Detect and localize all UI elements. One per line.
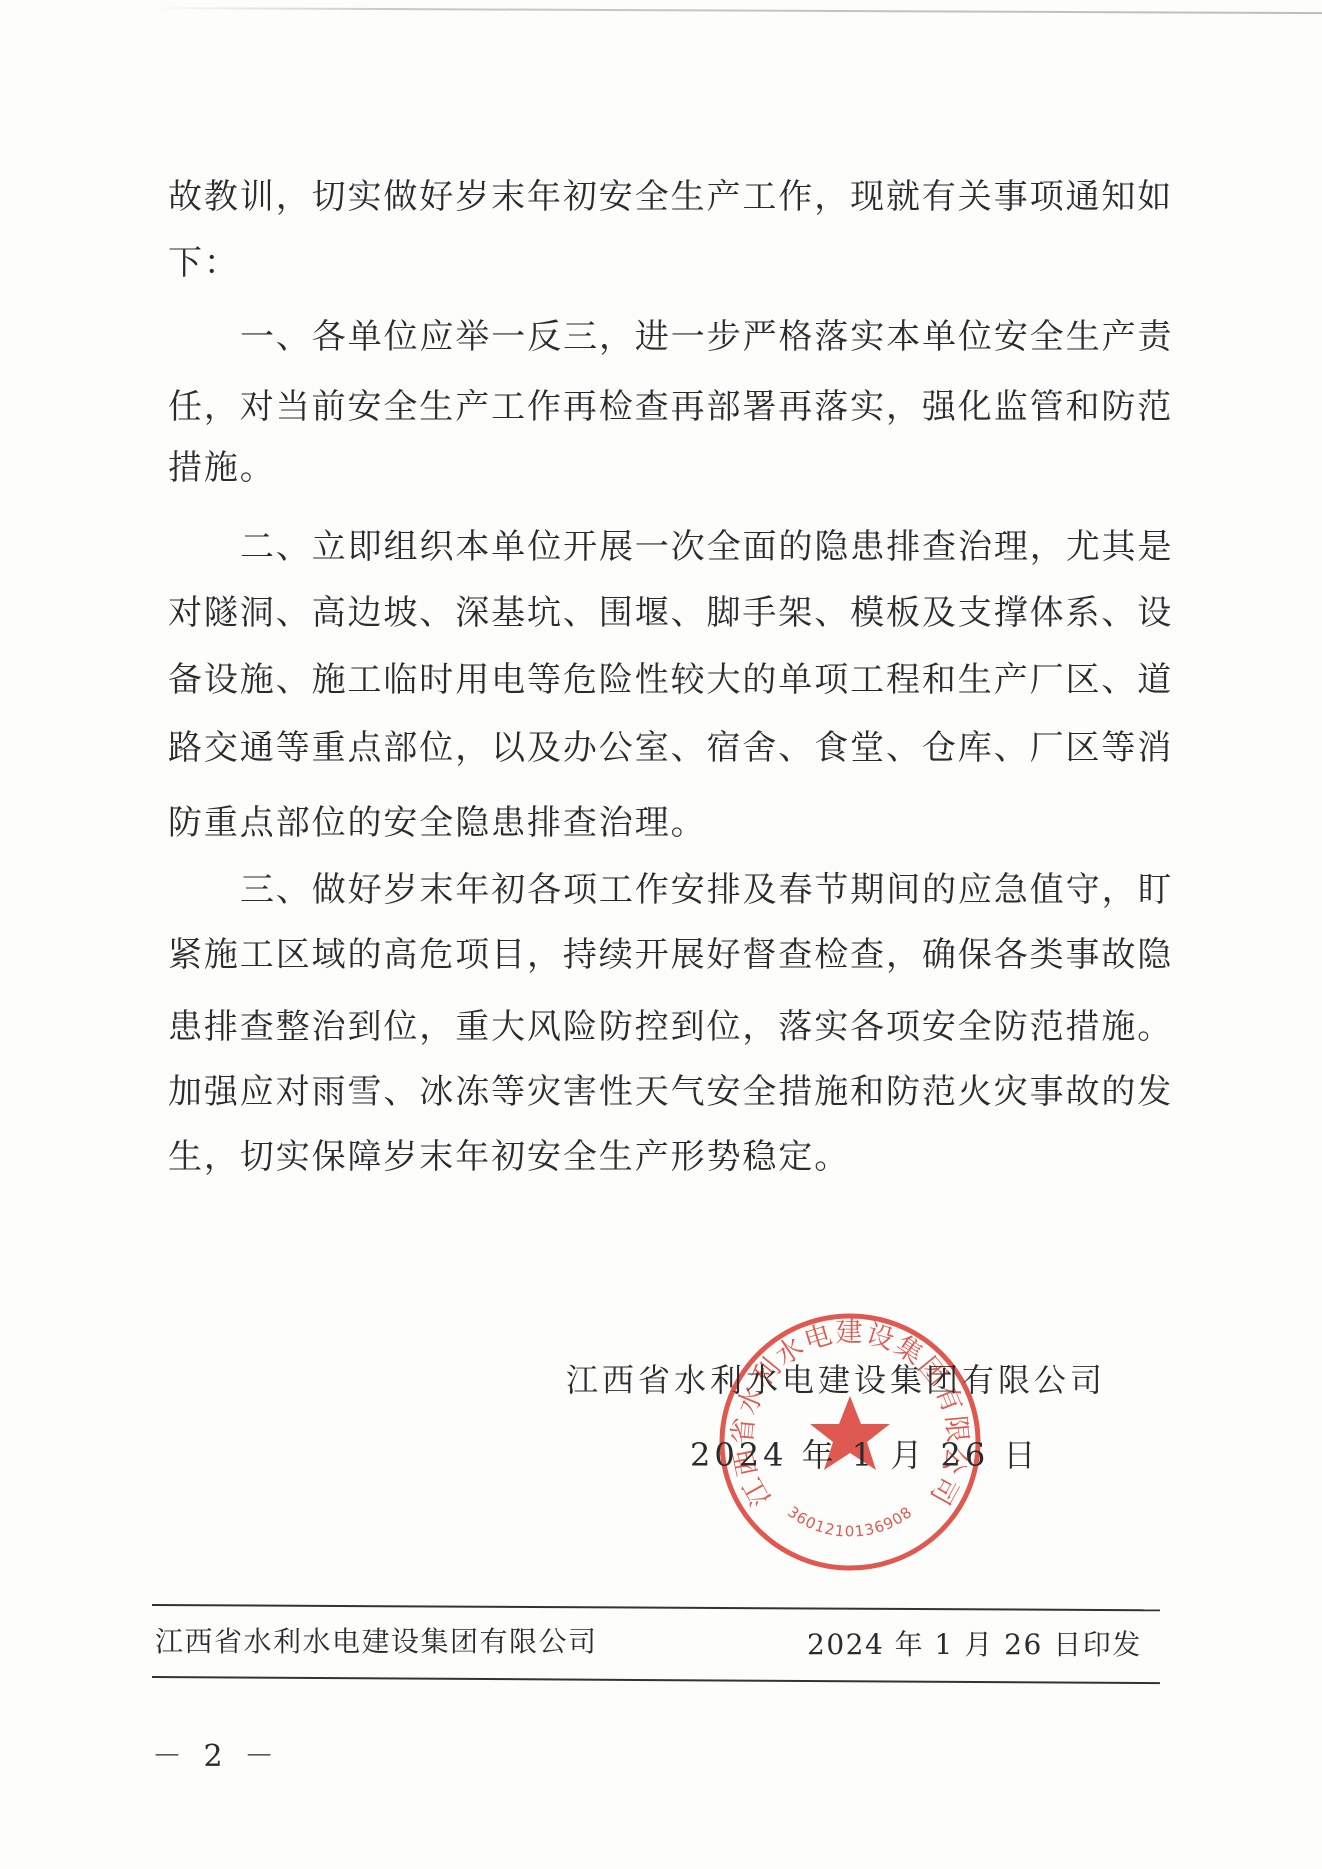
- body-line: 生，切实保障岁末年初安全生产形势稳定。: [168, 1137, 850, 1177]
- section-two-heading-line: 二、立即组织本单位开展一次全面的隐患排查治理，尤其是: [240, 527, 1173, 567]
- body-line: 下：: [168, 243, 240, 283]
- body-line: 路交通等重点部位，以及办公室、宿舍、食堂、仓库、厂区等消: [168, 728, 1173, 768]
- body-line: 患排查整治到位，重大风险防控到位，落实各项安全防范措施。: [168, 1007, 1173, 1047]
- footer-issue-date: 2024 年 1 月 26 日印发: [807, 1628, 1142, 1662]
- body-line: 紧施工区域的高危项目，持续开展好督查检查，确保各类事故隐: [168, 935, 1173, 975]
- body-line: 任，对当前安全生产工作再检查再部署再落实，强化监管和防范: [168, 387, 1173, 427]
- footer-issuer: 江西省水利水电建设集团有限公司: [155, 1625, 598, 1659]
- body-line: 加强应对雨雪、冰冻等灾害性天气安全措施和防范火灾事故的发: [168, 1072, 1173, 1112]
- signature-date: 2024 年 1 月 26 日: [690, 1435, 1039, 1475]
- section-three-heading-line: 三、做好岁末年初各项工作安排及春节期间的应急值守，盯: [240, 870, 1173, 910]
- section-one-heading-line: 一、各单位应举一反三，进一步严格落实本单位安全生产责: [240, 317, 1173, 357]
- signature-organization: 江西省水利水电建设集团有限公司: [566, 1360, 1106, 1400]
- footer-top-rule: [152, 1604, 1160, 1611]
- body-line: 备设施、施工临时用电等危险性较大的单项工程和生产厂区、道: [168, 660, 1173, 700]
- footer-bottom-rule: [152, 1676, 1160, 1684]
- body-line: 防重点部位的安全隐患排查治理。: [168, 803, 707, 843]
- body-line: 对隧洞、高边坡、深基坑、围堰、脚手架、模板及支撑体系、设: [168, 593, 1173, 633]
- svg-text:3601210136908: 3601210136908: [784, 1503, 916, 1541]
- body-line: 措施。: [168, 448, 276, 488]
- body-line: 故教训，切实做好岁末年初安全生产工作，现就有关事项通知如: [168, 177, 1173, 217]
- page-number: － 2 －: [152, 1740, 280, 1774]
- scan-edge-line: [150, 7, 1322, 14]
